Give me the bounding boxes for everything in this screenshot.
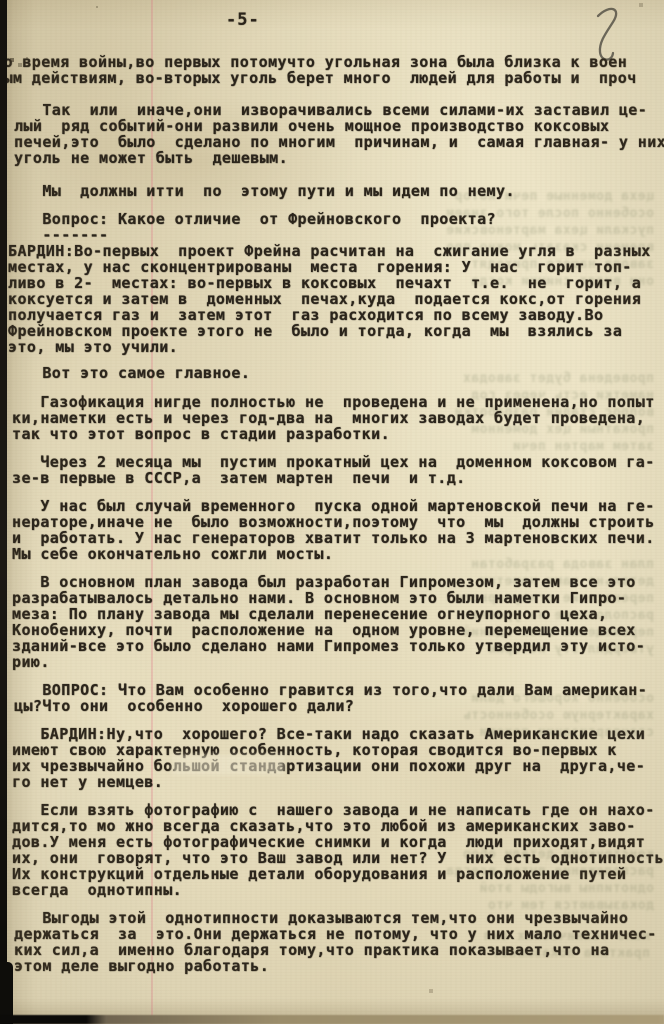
text-line: Если взять фотографию с нашего завода и … <box>12 802 664 818</box>
text-line: рию. <box>12 654 645 670</box>
text-line: всегда однотипны. <box>12 882 664 898</box>
text-line: Мы себе окончательно сожгли мосты. <box>12 546 655 562</box>
paragraph: Если взять фотографию с нашего завода и … <box>12 802 664 898</box>
text-line: получается газ и затем этот газ расходит… <box>8 307 651 323</box>
text-line: Конобениху, почти расположение на одном … <box>12 622 645 638</box>
text-line: коксуется и затем в доменных печах,куда … <box>8 291 651 307</box>
paragraph: Так или иначе,они изворачивались всеми с… <box>14 102 664 166</box>
paragraph: во время войны,во первых потомучто уголь… <box>0 54 637 86</box>
paragraph-answer: БАРДИН:Во-первых проект Фрейна расчитан … <box>8 243 651 355</box>
scan-edge-bottom <box>0 1015 664 1024</box>
text-line: цы?Что они особенно хорошего дали? <box>14 698 647 714</box>
text-line: меза: По плану завода мы сделали перенес… <box>12 606 645 622</box>
text-line: их, они говорят, что это Ваш завод или н… <box>12 850 664 866</box>
text-line: Выгоды этой однотипности доказываются те… <box>14 910 657 926</box>
paragraph-answer: БАРДИН:Ну,что хорошего? Все-таки надо ск… <box>12 726 645 790</box>
page-number: -5- <box>226 10 260 30</box>
text-line: ливо в 2- местах: во-первых в коксовых п… <box>8 275 651 291</box>
text-line: это, мы это учили. <box>8 339 651 355</box>
text-line: имеют свою характерную особенность, кото… <box>12 742 645 758</box>
text-line: во время войны,во первых потомучто уголь… <box>0 54 637 70</box>
text-line: Фрейновском проекте этого не было и тогд… <box>8 323 651 339</box>
text-line: местах, у нас сконцентрированы места гор… <box>8 259 651 275</box>
text-line: лый ряд событий-они развили очень мощное… <box>14 118 664 134</box>
text-line: нераторе,иначе не было возможности,поэто… <box>12 514 655 530</box>
text-line: и работать. У нас генераторов хватит тол… <box>12 530 655 546</box>
text-line: этом деле выгодно работать. <box>14 958 657 974</box>
text-line: Через 2 месяца мы пустим прокатный цех н… <box>12 454 655 470</box>
text-line: У нас был случай временного пуска одной … <box>12 498 655 514</box>
text-line: БАРДИН:Во-первых проект Фрейна расчитан … <box>8 243 651 259</box>
paragraph-question: ВОПРОС: Что Вам особенно гравится из тог… <box>14 682 647 714</box>
text-line: Так или иначе,они изворачивались всеми с… <box>14 102 664 118</box>
text-line: В основном план завода был разработан Ги… <box>12 574 645 590</box>
text-line: Газофикация нигде полностью не проведена… <box>12 394 655 410</box>
text-line: уголь не может быть дешевым. <box>14 150 664 166</box>
paragraph: Вот это самое главное. <box>14 365 250 381</box>
text-line: держатьcя за это.Они держатьcя не потому… <box>14 926 657 942</box>
paragraph-question: Вопрос: Какое отличие от Фрейновского пр… <box>14 211 496 243</box>
text-line: ------- <box>14 227 496 243</box>
paragraph: Выгоды этой однотипности доказываются те… <box>14 910 657 974</box>
text-line: разрабатывалось детально нами. В основно… <box>12 590 645 606</box>
paragraph: У нас был случай временного пуска одной … <box>12 498 655 562</box>
text-line: так что этот вопрос в стадии разработки. <box>12 426 655 442</box>
text-line: ких сил,а именно благодаря тому,что прак… <box>14 942 657 958</box>
paragraph: Мы должны итти по этому пути и мы идем п… <box>14 183 515 199</box>
text-line: го нет у немцев. <box>12 774 645 790</box>
text-line: Мы должны итти по этому пути и мы идем п… <box>14 183 515 199</box>
text-line: БАРДИН:Ну,что хорошего? Все-таки надо ск… <box>12 726 645 742</box>
scan-edge-left <box>0 0 7 1024</box>
whiteout-smudge <box>172 755 284 775</box>
text-line: дов.У меня есть фотографические снимки и… <box>12 834 664 850</box>
text-line: их чрезвычайно большой стандартизации он… <box>12 758 645 774</box>
text-line: ВОПРОС: Что Вам особенно гравится из тог… <box>14 682 647 698</box>
paragraph: В основном план завода был разработан Ги… <box>12 574 645 670</box>
text-line: дится,то мо жно всегда сказать,что это л… <box>12 818 664 834</box>
text-line: Их конструкций отдельные детали оборудов… <box>12 866 664 882</box>
text-line: Вот это самое главное. <box>14 365 250 381</box>
paragraph: Газофикация нигде полностью не проведена… <box>12 394 655 442</box>
scanned-document-page: цеха доменные печи которособенно после т… <box>0 0 664 1024</box>
text-line: зе-в первые в СССР,а затем мартен печи и… <box>12 470 655 486</box>
text-line: проведена будет заводах <box>340 370 654 387</box>
text-line: Вопрос: Какое отличие от Фрейновского пр… <box>14 211 496 227</box>
paragraph: Через 2 месяца мы пустим прокатный цех н… <box>12 454 655 486</box>
text-line: зданий-все это было сделано нами Гипроме… <box>12 638 645 654</box>
text-line: печей,это было сделано по многим причина… <box>14 134 664 150</box>
text-line: ки,наметки есть и через год-два на многи… <box>12 410 655 426</box>
text-line: ным действиям, во-вторых уголь берет мно… <box>0 70 637 86</box>
